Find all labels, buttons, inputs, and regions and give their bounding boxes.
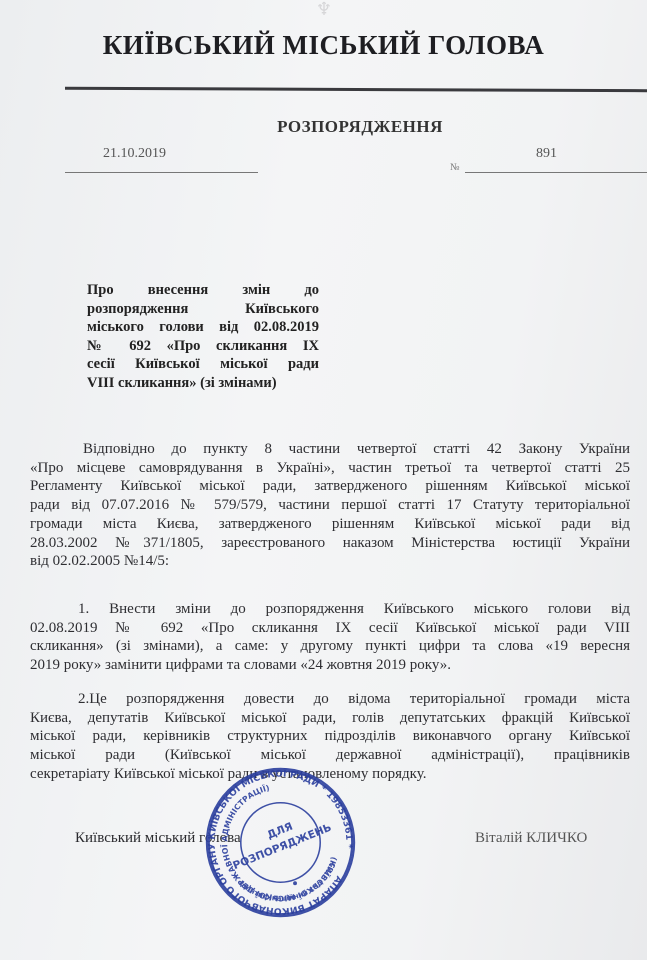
official-stamp-icon: АПАРАТ ВИКОНАВЧОГО ОРГАНУ КИЇВСЬКОЇ МІСЬ… [203,765,358,920]
text-line: 28.03.2002 №371/1805, зареєстрованого на… [30,534,630,553]
text-line: 2019 року» замінити цифрами та словами «… [30,656,630,675]
subject-line: міського голови від 02.08.2019 [87,318,319,337]
subject-line: розпорядження Київського [87,300,319,319]
text-line: 1. Внести зміни до розпорядження Київськ… [30,600,630,619]
document-subject: Про внесення змін до розпорядження Київс… [87,281,319,393]
text-line: громади міста Києва, затвердженого рішен… [30,515,630,534]
text-line: Регламенту Київської міської ради, затве… [30,477,630,496]
text-line: «Про місцеве самоврядування в Україні», … [30,459,630,478]
text-line: скликання» (зі змінами), а саме: у друго… [30,637,630,656]
date-underline [65,172,258,173]
item-1-paragraph: 1. Внести зміни до розпорядження Київськ… [30,600,630,675]
text-line: Києва, депутатів Київської міської ради,… [30,709,630,728]
coat-of-arms-icon: ♆ [313,0,335,22]
text-line: міської ради (Київської міської державно… [30,746,630,765]
text-line: Відповідно до пункту 8 частини четвертої… [30,440,630,459]
document-type: РОЗПОРЯДЖЕННЯ [0,117,647,137]
text-line: ради від 07.07.2016 № 579/579, частини п… [30,496,630,515]
preamble-paragraph: Відповідно до пункту 8 частини четвертої… [30,440,630,571]
number-underline [465,172,647,173]
signatory-name: Віталій КЛИЧКО [475,830,587,847]
document-number: 891 [536,146,557,162]
text-line: міської ради, керівників структурних під… [30,727,630,746]
subject-line: сесії Київської міської ради [87,355,319,374]
text-line: 02.08.2019 № 692 «Про скликання IX сесії… [30,619,630,638]
text-line: 2.Це розпорядження довести до відома тер… [30,690,630,709]
issuer-title: КИЇВСЬКИЙ МІСЬКИЙ ГОЛОВА [0,30,647,61]
subject-line: № 692 «Про скликання IX [87,337,319,356]
number-sign: № [450,162,460,173]
text-line: від 02.02.2005 №14/5: [30,552,630,571]
subject-line: VIII скликання» (зі змінами) [87,374,319,393]
header-divider [65,87,647,93]
subject-line: Про внесення змін до [87,281,319,300]
document-date: 21.10.2019 [103,146,166,162]
